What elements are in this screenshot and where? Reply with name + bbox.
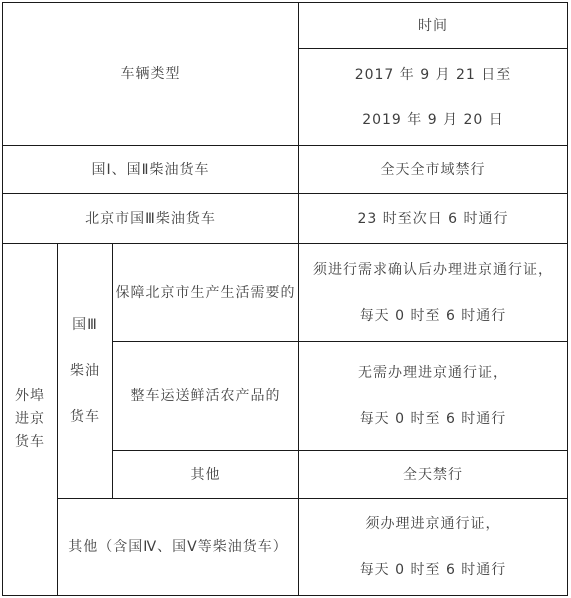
vehicle-type-header-label: 车辆类型 (121, 65, 181, 83)
beijing-guo3-vehicle-cell: 北京市国Ⅲ柴油货车 (3, 194, 299, 244)
out-of-town-label-line1: 外埠 (15, 385, 45, 408)
other-guo4-guo5-time-line1: 须办理进京通行证， (366, 515, 501, 533)
fresh-produce-category-cell: 整车运送鲜活农产品的 (113, 342, 299, 451)
other-guo4-guo5-category-cell: 其他（含国Ⅳ、国Ⅴ等柴油货车） (58, 499, 299, 595)
fresh-produce-time-cell: 无需办理进京通行证， 每天 0 时至 6 时通行 (299, 342, 567, 451)
vehicle-restriction-table: 车辆类型 时间 2017 年 9 月 21 日至 2019 年 9 月 20 日… (2, 2, 568, 596)
livelihood-category-label: 保障北京市生产生活需要的 (116, 284, 296, 302)
period-start-date: 2017 年 9 月 21 日至 (355, 66, 512, 84)
guo1-guo2-vehicle-cell: 国Ⅰ、国Ⅱ柴油货车 (3, 146, 299, 194)
livelihood-time-line2: 每天 0 时至 6 时通行 (360, 307, 507, 325)
fresh-produce-category-label: 整车运送鲜活农产品的 (131, 387, 281, 405)
guo1-guo2-time-label: 全天全市域禁行 (381, 161, 486, 179)
livelihood-time-cell: 须进行需求确认后办理进京通行证， 每天 0 时至 6 时通行 (299, 244, 567, 342)
out-of-town-label-line2: 进京 (15, 408, 45, 431)
time-header-label: 时间 (418, 17, 448, 35)
other-guo4-guo5-category-label: 其他（含国Ⅳ、国Ⅴ等柴油货车） (68, 538, 288, 556)
other-guo3-category-cell: 其他 (113, 451, 299, 499)
other-guo4-guo5-time-line2: 每天 0 时至 6 时通行 (360, 561, 507, 579)
time-period-cell: 2017 年 9 月 21 日至 2019 年 9 月 20 日 (299, 49, 567, 146)
other-guo3-category-label: 其他 (191, 466, 221, 484)
guo3-label-line3: 货车 (70, 394, 100, 440)
vehicle-type-header-cell: 车辆类型 (3, 3, 299, 146)
fresh-produce-time-line2: 每天 0 时至 6 时通行 (360, 410, 507, 428)
guo1-guo2-vehicle-label: 国Ⅰ、国Ⅱ柴油货车 (91, 161, 209, 179)
guo3-label-line1: 国Ⅲ (72, 302, 98, 348)
beijing-guo3-time-cell: 23 时至次日 6 时通行 (299, 194, 567, 244)
beijing-guo3-time-label: 23 时至次日 6 时通行 (357, 210, 508, 228)
time-header-cell: 时间 (299, 3, 567, 49)
guo3-diesel-truck-cell: 国Ⅲ 柴油 货车 (58, 244, 113, 499)
beijing-guo3-vehicle-label: 北京市国Ⅲ柴油货车 (85, 210, 216, 228)
fresh-produce-time-line1: 无需办理进京通行证， (358, 364, 508, 382)
other-guo3-time-label: 全天禁行 (403, 466, 463, 484)
other-guo4-guo5-time-cell: 须办理进京通行证， 每天 0 时至 6 时通行 (299, 499, 567, 595)
guo3-label-line2: 柴油 (70, 348, 100, 394)
livelihood-time-line1: 须进行需求确认后办理进京通行证， (313, 261, 553, 279)
period-end-date: 2019 年 9 月 20 日 (362, 111, 504, 129)
out-of-town-label-line3: 货车 (15, 431, 45, 454)
out-of-town-group-cell: 外埠 进京 货车 (3, 244, 58, 595)
livelihood-category-cell: 保障北京市生产生活需要的 (113, 244, 299, 342)
other-guo3-time-cell: 全天禁行 (299, 451, 567, 499)
guo1-guo2-time-cell: 全天全市域禁行 (299, 146, 567, 194)
